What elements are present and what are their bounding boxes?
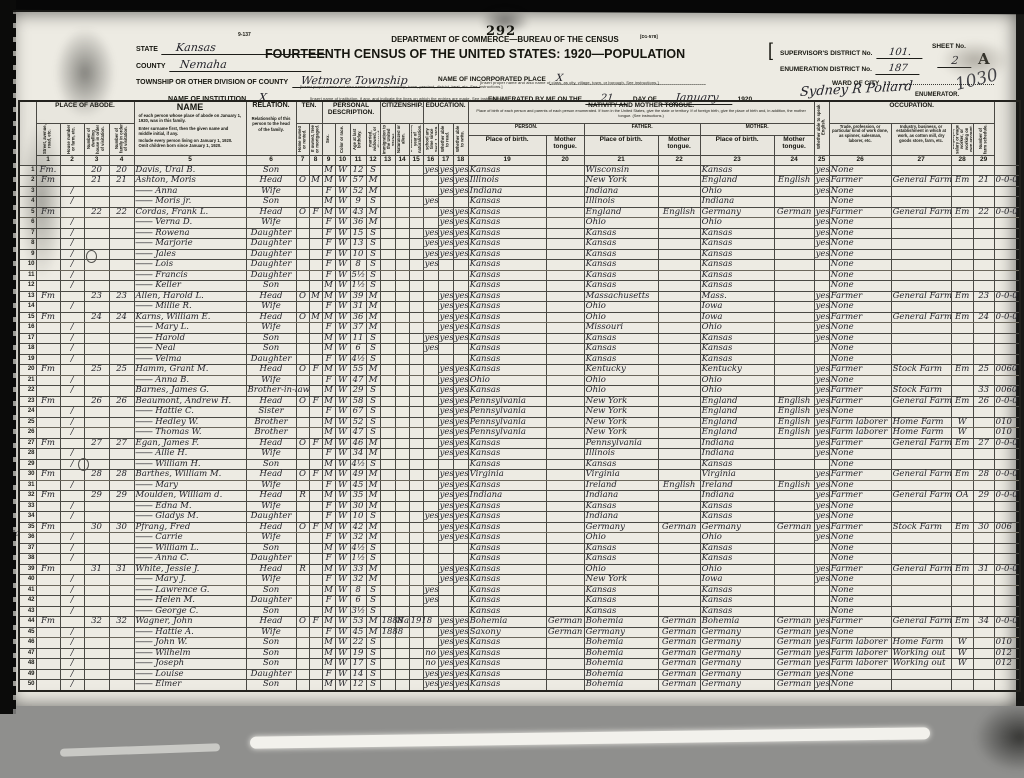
cell-owned [296, 281, 309, 292]
cell-note [994, 165, 1020, 176]
cell-marital: S [366, 669, 380, 680]
census-table-body: 1Fm.2020Davis, Ural B.SonMW12SyesyesyesK… [19, 165, 1020, 691]
cell-farm [973, 407, 994, 418]
education-header: EDUCATION. [423, 101, 468, 123]
cell-read: yes [438, 218, 453, 229]
cell-pob: Kansas [468, 564, 546, 575]
cell-industry [891, 606, 951, 617]
cell-house [60, 491, 84, 502]
cell-family [109, 186, 134, 197]
cell-emp: Em [951, 438, 973, 449]
cell-fob: New York [584, 396, 658, 407]
person-row: 5Fm2222Cordas, Frank L.HeadOFMW43Myesyes… [19, 207, 1020, 218]
cell-industry: General Farm [891, 176, 951, 187]
cell-age: 6 [350, 596, 366, 607]
cell-mtongue [774, 564, 814, 575]
cell-name: Egan, James F. [134, 438, 246, 449]
cell-relation: Son [246, 585, 296, 596]
cell-read: yes [438, 249, 453, 260]
cell-pob: Kansas [468, 543, 546, 554]
cell-sex: M [322, 386, 335, 397]
person-row: 13Fm2323Allen, Harold L.HeadOMMW39Myesye… [19, 291, 1020, 302]
cell-pob: Ohio [468, 375, 546, 386]
cell-nat [395, 344, 409, 355]
cell-color: W [335, 596, 350, 607]
cell-natyr [409, 407, 423, 418]
cell-relation: Son [246, 281, 296, 292]
cell-occupation: Farmer [829, 438, 891, 449]
cell-farm [973, 596, 994, 607]
cell-write [453, 270, 468, 281]
cell-ln: 17 [19, 333, 36, 344]
cell-natyr [409, 365, 423, 376]
cell-house: / [60, 249, 84, 260]
cell-nat [395, 228, 409, 239]
cell-imm [380, 491, 395, 502]
cell-relation: Wife [246, 302, 296, 313]
cell-street [36, 344, 60, 355]
cell-family [109, 197, 134, 208]
cell-dwelling [84, 260, 109, 271]
cell-relation: Brother [246, 428, 296, 439]
cell-marital: S [366, 596, 380, 607]
cell-imm [380, 207, 395, 218]
cell-mtongue [774, 533, 814, 544]
cell-mtongue [774, 312, 814, 323]
cell-imm [380, 554, 395, 565]
cell-ftongue: German [658, 617, 700, 628]
cell-mob: Germany [700, 638, 774, 649]
cell-imm [380, 585, 395, 596]
cell-pob: Kansas [468, 249, 546, 260]
cell-mortgage: F [309, 522, 322, 533]
cell-sex: M [322, 281, 335, 292]
cell-mortgage: F [309, 365, 322, 376]
cell-relation: Wife [246, 627, 296, 638]
person-row: 29/―― William H.SonMW4½SKansasKansasKans… [19, 459, 1020, 470]
cell-mortgage [309, 407, 322, 418]
cell-name: Wagner, John [134, 617, 246, 628]
scan-blotch [18, 120, 64, 280]
cell-relation: Son [246, 459, 296, 470]
cell-mtongue: German [774, 648, 814, 659]
cell-mob: Kansas [700, 333, 774, 344]
cell-school [423, 543, 438, 554]
cell-fob: Ireland [584, 480, 658, 491]
cell-write: yes [453, 323, 468, 334]
cell-ftongue [658, 491, 700, 502]
cell-write: yes [453, 680, 468, 691]
cell-english: yes [814, 291, 829, 302]
cell-relation: Head [246, 207, 296, 218]
name-desc-3: Include every person living on January 1… [136, 137, 245, 150]
relation-header: RELATION. Relationship of this person to… [246, 101, 296, 155]
cell-read: yes [438, 375, 453, 386]
cell-mtongue [774, 575, 814, 586]
cell-read: yes [438, 323, 453, 334]
cell-industry [891, 260, 951, 271]
cell-mtongue: German [774, 522, 814, 533]
cell-read: yes [438, 302, 453, 313]
cell-school [423, 270, 438, 281]
col-trade: Trade, profession, or particular kind of… [829, 123, 891, 155]
cell-house: / [60, 606, 84, 617]
cell-fob: Bohemia [584, 648, 658, 659]
cell-mtongue [774, 554, 814, 565]
cell-family [109, 575, 134, 586]
cell-farm [973, 659, 994, 670]
cell-mtongue [774, 344, 814, 355]
cell-mtongue [774, 323, 814, 334]
cell-marital: S [366, 344, 380, 355]
cell-relation: Son [246, 648, 296, 659]
cell-fob: Bohemia [584, 659, 658, 670]
cell-age: 52 [350, 417, 366, 428]
cell-ptongue [546, 638, 584, 649]
cell-nat [395, 428, 409, 439]
cell-family [109, 627, 134, 638]
cell-nat [395, 407, 409, 418]
cell-school [423, 365, 438, 376]
cell-name: Barnes, James G. [134, 386, 246, 397]
cell-write: yes [453, 627, 468, 638]
cell-note [994, 270, 1020, 281]
cell-house: / [60, 627, 84, 638]
cell-read: yes [438, 659, 453, 670]
cell-ln: 39 [19, 564, 36, 575]
cell-natyr [409, 302, 423, 313]
cell-marital: M [366, 207, 380, 218]
cell-mob: England [700, 396, 774, 407]
cell-ftongue [658, 291, 700, 302]
cell-english: yes [814, 239, 829, 250]
cell-dwelling: 23 [84, 291, 109, 302]
cell-family [109, 344, 134, 355]
cell-color: W [335, 228, 350, 239]
cell-write [453, 554, 468, 565]
cell-ptongue [546, 596, 584, 607]
person-row: 17/―― HaroldSonMW11SyesyesyesKansasKansa… [19, 333, 1020, 344]
cell-ftongue [658, 543, 700, 554]
cell-read: yes [438, 491, 453, 502]
cell-nat [395, 606, 409, 617]
cell-house: / [60, 575, 84, 586]
cell-emp [951, 249, 973, 260]
cell-note [994, 218, 1020, 229]
cell-relation: Head [246, 564, 296, 575]
cell-industry [891, 197, 951, 208]
cell-industry: General Farm [891, 312, 951, 323]
cell-write: yes [453, 417, 468, 428]
cell-name: ―― William H. [134, 459, 246, 470]
person-row: 12/―― KellerSonMW1½SKansasKansasKansasNo… [19, 281, 1020, 292]
column-number: 26 [829, 155, 891, 165]
person-row: 19/―― VelmaDaughterFW4½SKansasKansasKans… [19, 354, 1020, 365]
cell-marital: S [366, 659, 380, 670]
cell-nat [395, 323, 409, 334]
cell-note [994, 449, 1020, 460]
cell-note: 0-0-0 [994, 438, 1020, 449]
cell-color: W [335, 680, 350, 691]
cell-english [814, 354, 829, 365]
cell-relation: Wife [246, 575, 296, 586]
cell-family: 23 [109, 291, 134, 302]
cell-ptongue [546, 512, 584, 523]
cell-industry: General Farm [891, 617, 951, 628]
cell-ptongue [546, 302, 584, 313]
cell-farm [973, 218, 994, 229]
cell-pob: Kansas [468, 228, 546, 239]
cell-natyr [409, 312, 423, 323]
cell-street [36, 323, 60, 334]
cell-farm: 31 [973, 564, 994, 575]
column-number: 8 [309, 155, 322, 165]
cell-relation: Wife [246, 375, 296, 386]
cell-read: yes [438, 165, 453, 176]
cell-natyr [409, 375, 423, 386]
cell-natyr: 1918 [409, 617, 423, 628]
cell-farm [973, 197, 994, 208]
cell-occupation: None [829, 218, 891, 229]
cell-imm [380, 281, 395, 292]
cell-read [438, 543, 453, 554]
cell-ftongue [658, 323, 700, 334]
cell-write: yes [453, 438, 468, 449]
cell-mob: Ohio [700, 323, 774, 334]
cell-occupation: Farmer [829, 470, 891, 481]
cell-marital: S [366, 333, 380, 344]
state-line: STATE Kansas [136, 38, 326, 56]
cell-age: 8 [350, 585, 366, 596]
cell-industry: Home Farm [891, 417, 951, 428]
person-row: 35Fm3030Pfrang, FredHeadOFMW42MyesyesKan… [19, 522, 1020, 533]
cell-age: 36 [350, 312, 366, 323]
cell-house: / [60, 407, 84, 418]
cell-age: 39 [350, 291, 366, 302]
cell-age: 49 [350, 470, 366, 481]
cell-ln: 48 [19, 659, 36, 670]
cell-ftongue [658, 186, 700, 197]
cell-house [60, 312, 84, 323]
cell-read: yes [438, 522, 453, 533]
cell-house [60, 617, 84, 628]
cell-street [36, 512, 60, 523]
cell-occupation: None [829, 197, 891, 208]
cell-mtongue [774, 270, 814, 281]
cell-write [453, 543, 468, 554]
cell-marital: M [366, 627, 380, 638]
column-number: 13 [380, 155, 395, 165]
cell-farm [973, 449, 994, 460]
person-row: 33/―― Edna M.WifeFW30MyesyesKansasKansas… [19, 501, 1020, 512]
cell-english: yes [814, 533, 829, 544]
cell-fob: Kansas [584, 554, 658, 565]
cell-nat [395, 438, 409, 449]
cell-pob: Kansas [468, 354, 546, 365]
cell-color: W [335, 522, 350, 533]
cell-mob: Kansas [700, 249, 774, 260]
cell-house [60, 564, 84, 575]
cell-ftongue [658, 354, 700, 365]
cell-family [109, 533, 134, 544]
cell-ptongue [546, 480, 584, 491]
cell-ftongue [658, 302, 700, 313]
cell-house: / [60, 218, 84, 229]
cell-mortgage [309, 165, 322, 176]
cell-ftongue [658, 564, 700, 575]
cell-owned [296, 375, 309, 386]
cell-relation: Wife [246, 323, 296, 334]
speak-english-header: Whether able to speak English. [814, 101, 829, 155]
cell-school [423, 491, 438, 502]
cell-mob: Germany [700, 648, 774, 659]
cell-color: W [335, 512, 350, 523]
cell-write: yes [453, 501, 468, 512]
cell-owned [296, 417, 309, 428]
cell-relation: Daughter [246, 228, 296, 239]
cell-read: yes [438, 501, 453, 512]
cell-ftongue [658, 470, 700, 481]
column-number: 11 [350, 155, 366, 165]
cell-color: W [335, 239, 350, 250]
cell-occupation: None [829, 302, 891, 313]
cell-write: yes [453, 428, 468, 439]
cell-fob: Indiana [584, 186, 658, 197]
cell-occupation: None [829, 596, 891, 607]
cell-read: yes [438, 617, 453, 628]
cell-name: Allen, Harold L. [134, 291, 246, 302]
cell-nat [395, 302, 409, 313]
cell-occupation: None [829, 554, 891, 565]
cell-farm [973, 228, 994, 239]
cell-ftongue: English [658, 480, 700, 491]
cell-ftongue [658, 554, 700, 565]
person-row: 3/―― AnnaWifeFW52MyesyesIndianaIndianaOh… [19, 186, 1020, 197]
cell-ptongue [546, 176, 584, 187]
person-row: 36/―― CarrieWifeFW32MyesyesKansasOhioOhi… [19, 533, 1020, 544]
cell-sex: M [322, 197, 335, 208]
cell-street [36, 533, 60, 544]
cell-mortgage [309, 449, 322, 460]
cell-write: yes [453, 386, 468, 397]
cell-color: W [335, 207, 350, 218]
cell-color: W [335, 480, 350, 491]
cell-nat [395, 365, 409, 376]
cell-house: / [60, 596, 84, 607]
cell-fob: Indiana [584, 512, 658, 523]
cell-english [814, 459, 829, 470]
cell-imm [380, 176, 395, 187]
cell-nat [395, 491, 409, 502]
cell-imm [380, 564, 395, 575]
cell-occupation: None [829, 239, 891, 250]
cell-mortgage [309, 344, 322, 355]
cell-sex: M [322, 659, 335, 670]
cell-age: 32 [350, 533, 366, 544]
cell-age: 1½ [350, 554, 366, 565]
cell-read: yes [438, 533, 453, 544]
cell-industry: General Farm [891, 291, 951, 302]
column-number: 27 [891, 155, 951, 165]
cell-family [109, 218, 134, 229]
cell-relation: Son [246, 165, 296, 176]
scan-streak-small [60, 743, 220, 757]
cell-ftongue: English [658, 207, 700, 218]
cell-street: Fm [36, 291, 60, 302]
cell-industry [891, 407, 951, 418]
cell-name: ―― Louise [134, 669, 246, 680]
col-naturalized: Naturalized or alien. [395, 123, 409, 155]
col-family-number: Number of family in order of visitation. [109, 123, 134, 155]
cell-english: yes [814, 627, 829, 638]
person-row: 46/―― John W.SonMW22SyesyesKansasBohemia… [19, 638, 1020, 649]
cell-occupation: None [829, 344, 891, 355]
cell-school [423, 606, 438, 617]
scan-blotch [55, 28, 115, 118]
cell-street [36, 585, 60, 596]
cell-age: 9 [350, 197, 366, 208]
cell-industry [891, 449, 951, 460]
cell-natyr [409, 659, 423, 670]
cell-industry: Working out [891, 648, 951, 659]
cell-house: / [60, 659, 84, 670]
cell-mtongue [774, 459, 814, 470]
cell-ftongue: German [658, 648, 700, 659]
cell-natyr [409, 480, 423, 491]
cell-read: yes [438, 638, 453, 649]
cell-imm [380, 291, 395, 302]
cell-note: 0-0-0 [994, 491, 1020, 502]
cell-english: yes [814, 365, 829, 376]
cell-note: 006 [994, 522, 1020, 533]
cell-write [453, 260, 468, 271]
cell-dwelling [84, 585, 109, 596]
cell-english [814, 585, 829, 596]
cell-name: ―― Wilhelm [134, 648, 246, 659]
cell-write [453, 606, 468, 617]
cell-owned [296, 512, 309, 523]
cell-industry [891, 228, 951, 239]
cell-mortgage [309, 228, 322, 239]
cell-ln: 20 [19, 365, 36, 376]
cell-age: 30 [350, 501, 366, 512]
cell-ptongue [546, 501, 584, 512]
cell-house: / [60, 585, 84, 596]
name-header: NAME of each person whose place of abode… [134, 101, 246, 155]
cell-marital: M [366, 522, 380, 533]
cell-dwelling [84, 386, 109, 397]
cell-age: 45 [350, 627, 366, 638]
cell-marital: S [366, 417, 380, 428]
cell-street [36, 543, 60, 554]
cell-emp [951, 480, 973, 491]
cell-street [36, 375, 60, 386]
cell-occupation: Farm laborer [829, 638, 891, 649]
cell-house: / [60, 428, 84, 439]
cell-relation: Head [246, 617, 296, 628]
cell-color: W [335, 291, 350, 302]
cell-fob: New York [584, 575, 658, 586]
cell-school [423, 501, 438, 512]
cell-industry [891, 218, 951, 229]
cell-dwelling: 24 [84, 312, 109, 323]
cell-industry: Stock Farm [891, 365, 951, 376]
cell-mob: Iowa [700, 575, 774, 586]
cell-farm [973, 344, 994, 355]
cell-pob: Kansas [468, 312, 546, 323]
col-naturalization-year: If naturalized, year of naturalization. [409, 123, 423, 155]
cell-family: 21 [109, 176, 134, 187]
